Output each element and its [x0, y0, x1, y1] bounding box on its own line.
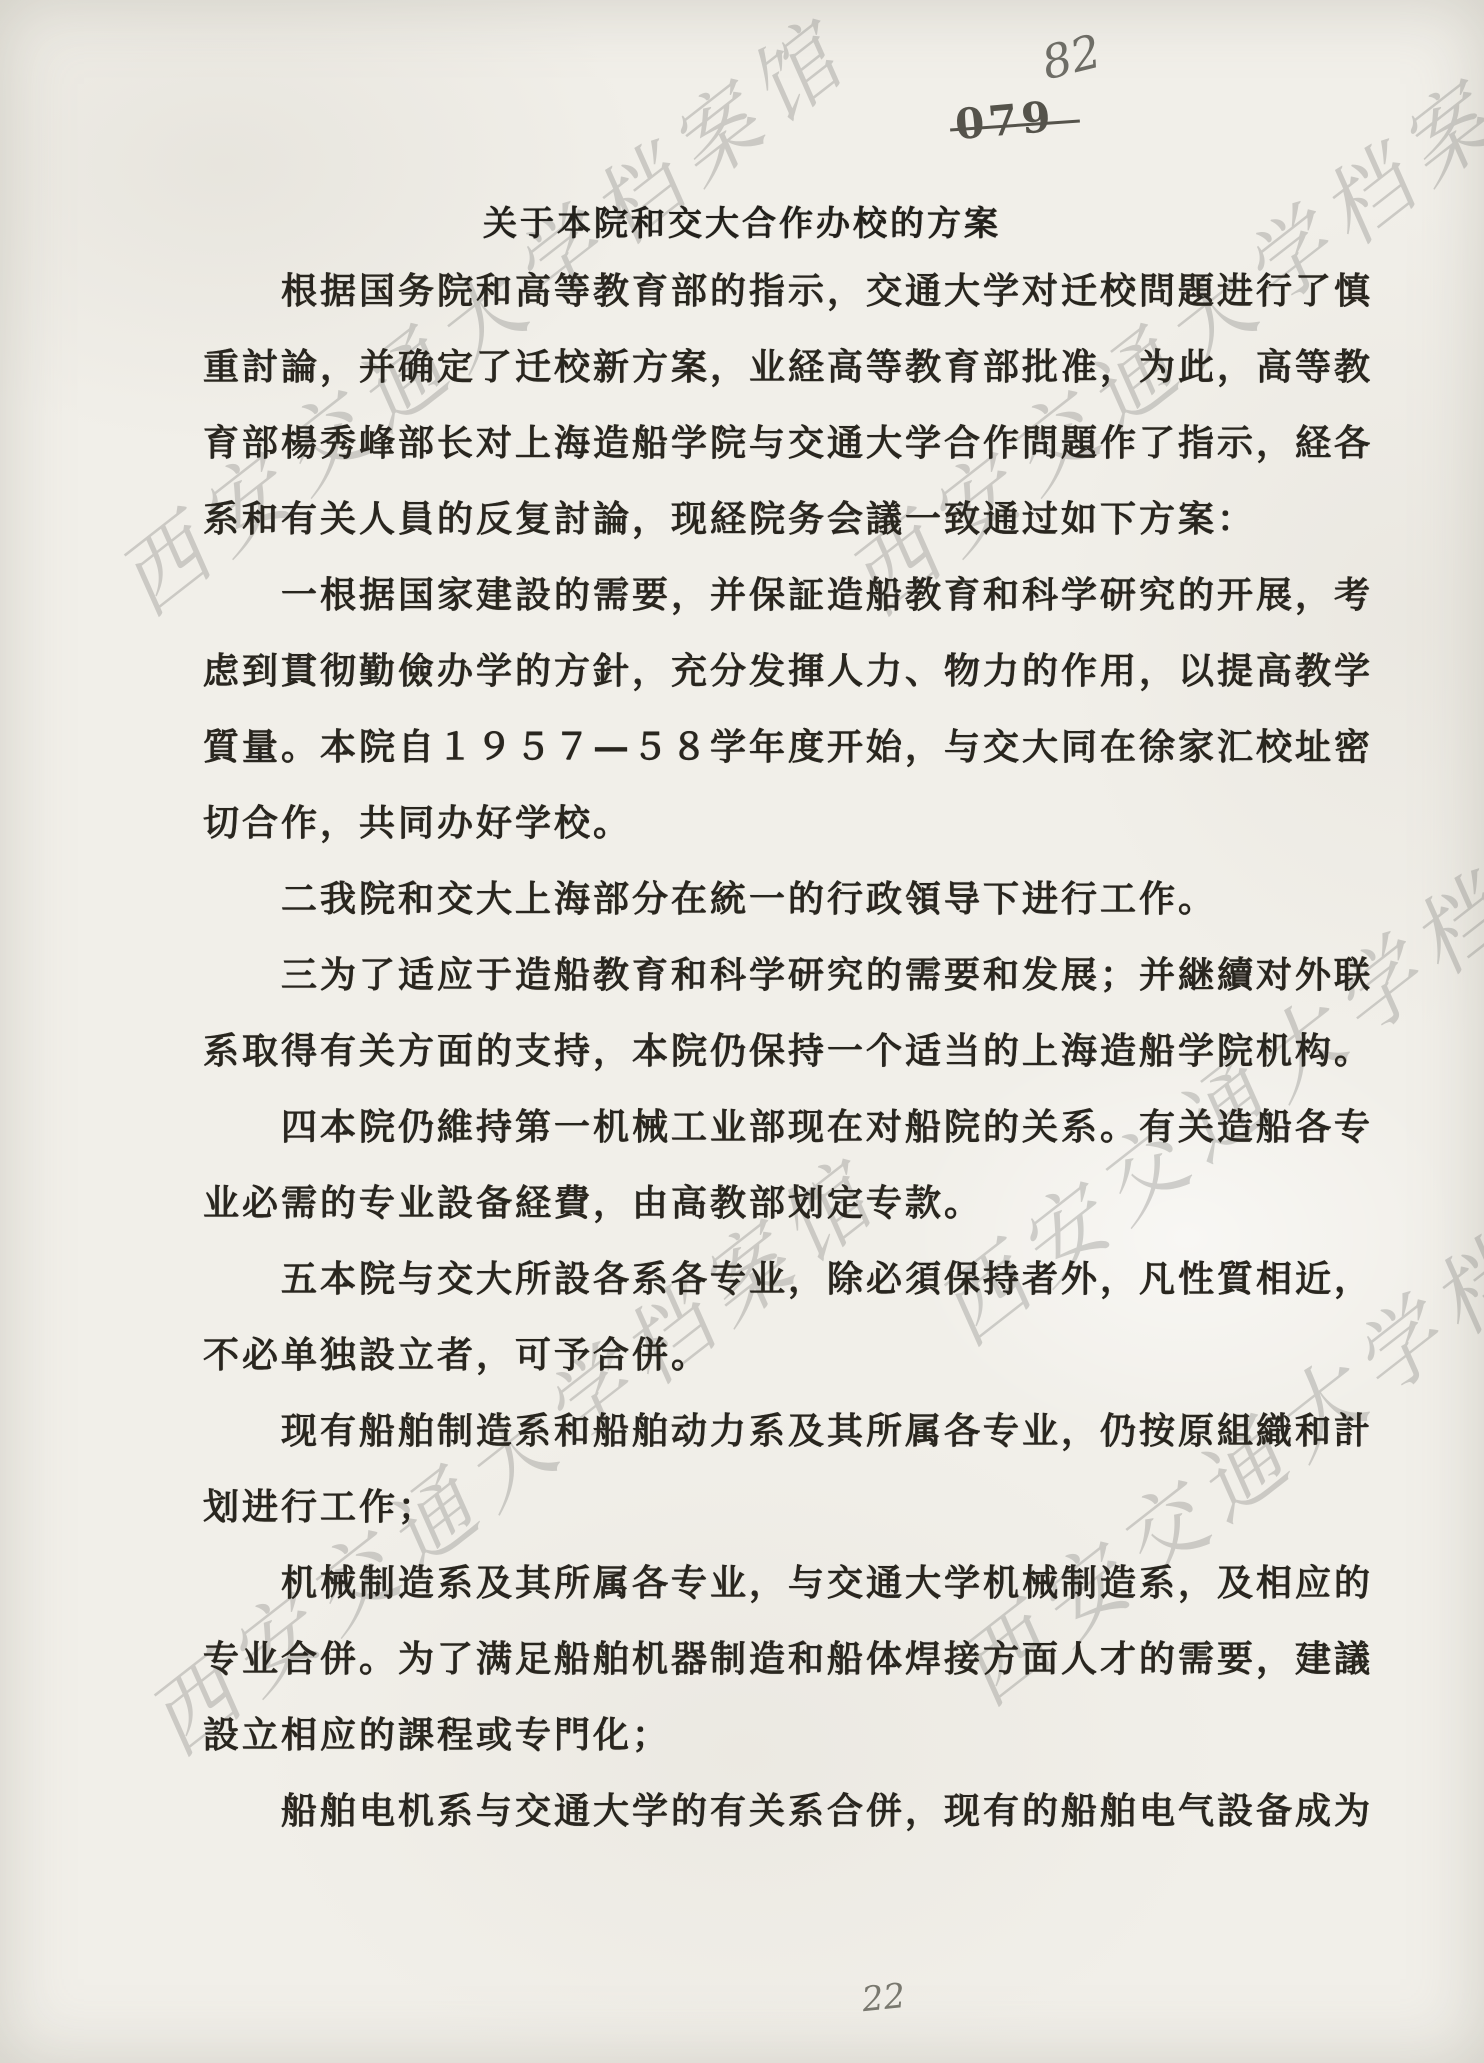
handwritten-page-number-bottom: 22 [860, 1976, 907, 2020]
text-line: 机械制造系及其所属各专业，与交通大学机械制造系，及相应的 [203, 1560, 1398, 1636]
text-line: 五本院与交大所設各系各专业，除必須保持者外，凡性質相近， [203, 1256, 1398, 1332]
text-line: 三为了适应于造船教育和科学研究的需要和发展；并継續对外联 [203, 952, 1398, 1028]
text-line: 一根据国家建設的需要，并保証造船教育和科学研究的开展，考 [203, 572, 1398, 648]
text-line: 設立相应的課程或专門化； [203, 1712, 1398, 1788]
text-line: 现有船舶制造系和船舶动力系及其所属各专业，仍按原組織和計 [203, 1408, 1398, 1484]
text-line: 二我院和交大上海部分在統一的行政領导下进行工作。 [203, 876, 1398, 952]
document-body: 根据国务院和高等教育部的指示，交通大学对迁校問題进行了慎重討論，并确定了迁校新方… [203, 268, 1398, 1864]
text-line: 专业合併。为了满足船舶机器制造和船体焊接方面人才的需要，建議 [203, 1636, 1398, 1712]
archive-number-stamp: 079 [953, 92, 1057, 150]
text-line: 系和有关人員的反复討論，现経院务会議一致通过如下方案： [203, 496, 1398, 572]
text-line: 业必需的专业設备経費，由高教部划定专款。 [203, 1180, 1398, 1256]
handwritten-page-number-top: 82 [1036, 24, 1106, 91]
text-line: 不必单独設立者，可予合併。 [203, 1332, 1398, 1408]
text-line: 船舶电机系与交通大学的有关系合併，现有的船舶电气設备成为 [203, 1788, 1398, 1864]
text-line: 育部楊秀峰部长对上海造船学院与交通大学合作問題作了指示，経各 [203, 420, 1398, 496]
text-line: 系取得有关方面的支持，本院仍保持一个适当的上海造船学院机构。 [203, 1028, 1398, 1104]
text-line: 質量。本院自１９５７—５８学年度开始，与交大同在徐家汇校址密 [203, 724, 1398, 800]
scanned-document-page: 西安交通大学档案馆 西安交通大学档案馆 西安交通大学档案馆 西安交通大学档案馆 … [0, 0, 1484, 2063]
text-line: 根据国务院和高等教育部的指示，交通大学对迁校問題进行了慎 [203, 268, 1398, 344]
text-line: 四本院仍維持第一机械工业部现在对船院的关系。有关造船各专 [203, 1104, 1398, 1180]
text-line: 虑到貫彻勤儉办学的方針，充分发揮人力、物力的作用，以提高教学 [203, 648, 1398, 724]
text-line: 划进行工作； [203, 1484, 1398, 1560]
text-line: 切合作，共同办好学校。 [203, 800, 1398, 876]
document-title: 关于本院和交大合作办校的方案 [0, 196, 1484, 245]
text-line: 重討論，并确定了迁校新方案，业経高等教育部批准，为此，高等教 [203, 344, 1398, 420]
